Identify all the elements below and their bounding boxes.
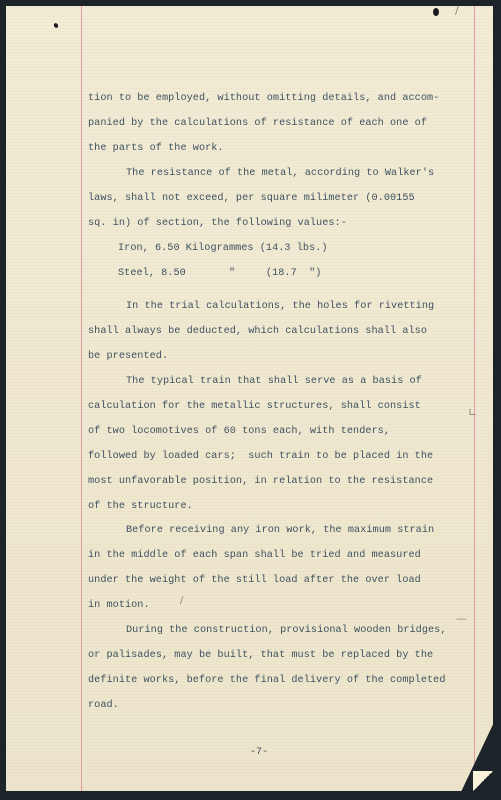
pencil-mark: / (455, 4, 459, 17)
text-line: in the middle of each span shall be trie… (88, 550, 421, 561)
text-line: under the weight of the still load after… (88, 575, 421, 586)
text-line: Iron, 6.50 Kilogrammes (14.3 lbs.) (118, 243, 328, 254)
text-line: panied by the calculations of resistance… (88, 118, 427, 129)
ink-blot (433, 8, 439, 16)
text-line: definite works, before the final deliver… (88, 675, 445, 686)
text-line: laws, shall not exceed, per square milim… (88, 193, 415, 204)
folded-corner (473, 771, 493, 791)
ink-blot (53, 22, 59, 28)
right-margin-line (474, 6, 475, 791)
text-line: in motion. (88, 600, 150, 611)
text-line: of the structure. (88, 501, 193, 512)
text-line: of two locomotives of 60 tons each, with… (88, 426, 390, 437)
text-line: most unfavorable position, in relation t… (88, 476, 433, 487)
text-line: In the trial calculations, the holes for… (126, 301, 434, 312)
text-line: Steel, 8.50 " (18.7 ") (118, 268, 321, 279)
text-line: the parts of the work. (88, 143, 224, 154)
text-line: The typical train that shall serve as a … (126, 376, 422, 387)
pencil-mark: — (456, 612, 467, 625)
pencil-mark: ∟ (468, 406, 477, 419)
text-line: or palisades, may be built, that must be… (88, 650, 433, 661)
pencil-mark: / (180, 595, 183, 606)
text-line: followed by loaded cars; such train to b… (88, 451, 433, 462)
text-line: The resistance of the metal, according t… (126, 168, 434, 179)
text-line: tion to be employed, without omitting de… (88, 93, 439, 104)
text-line: road. (88, 700, 119, 711)
page-number: -7- (250, 747, 268, 758)
left-margin-line (81, 6, 82, 791)
text-line: Before receiving any iron work, the maxi… (126, 525, 434, 536)
text-line: be presented. (88, 351, 168, 362)
text-line: sq. in) of section, the following values… (88, 218, 347, 229)
text-line: calculation for the metallic structures,… (88, 401, 421, 412)
text-line: During the construction, provisional woo… (126, 625, 447, 636)
text-line: shall always be deducted, which calculat… (88, 326, 427, 337)
